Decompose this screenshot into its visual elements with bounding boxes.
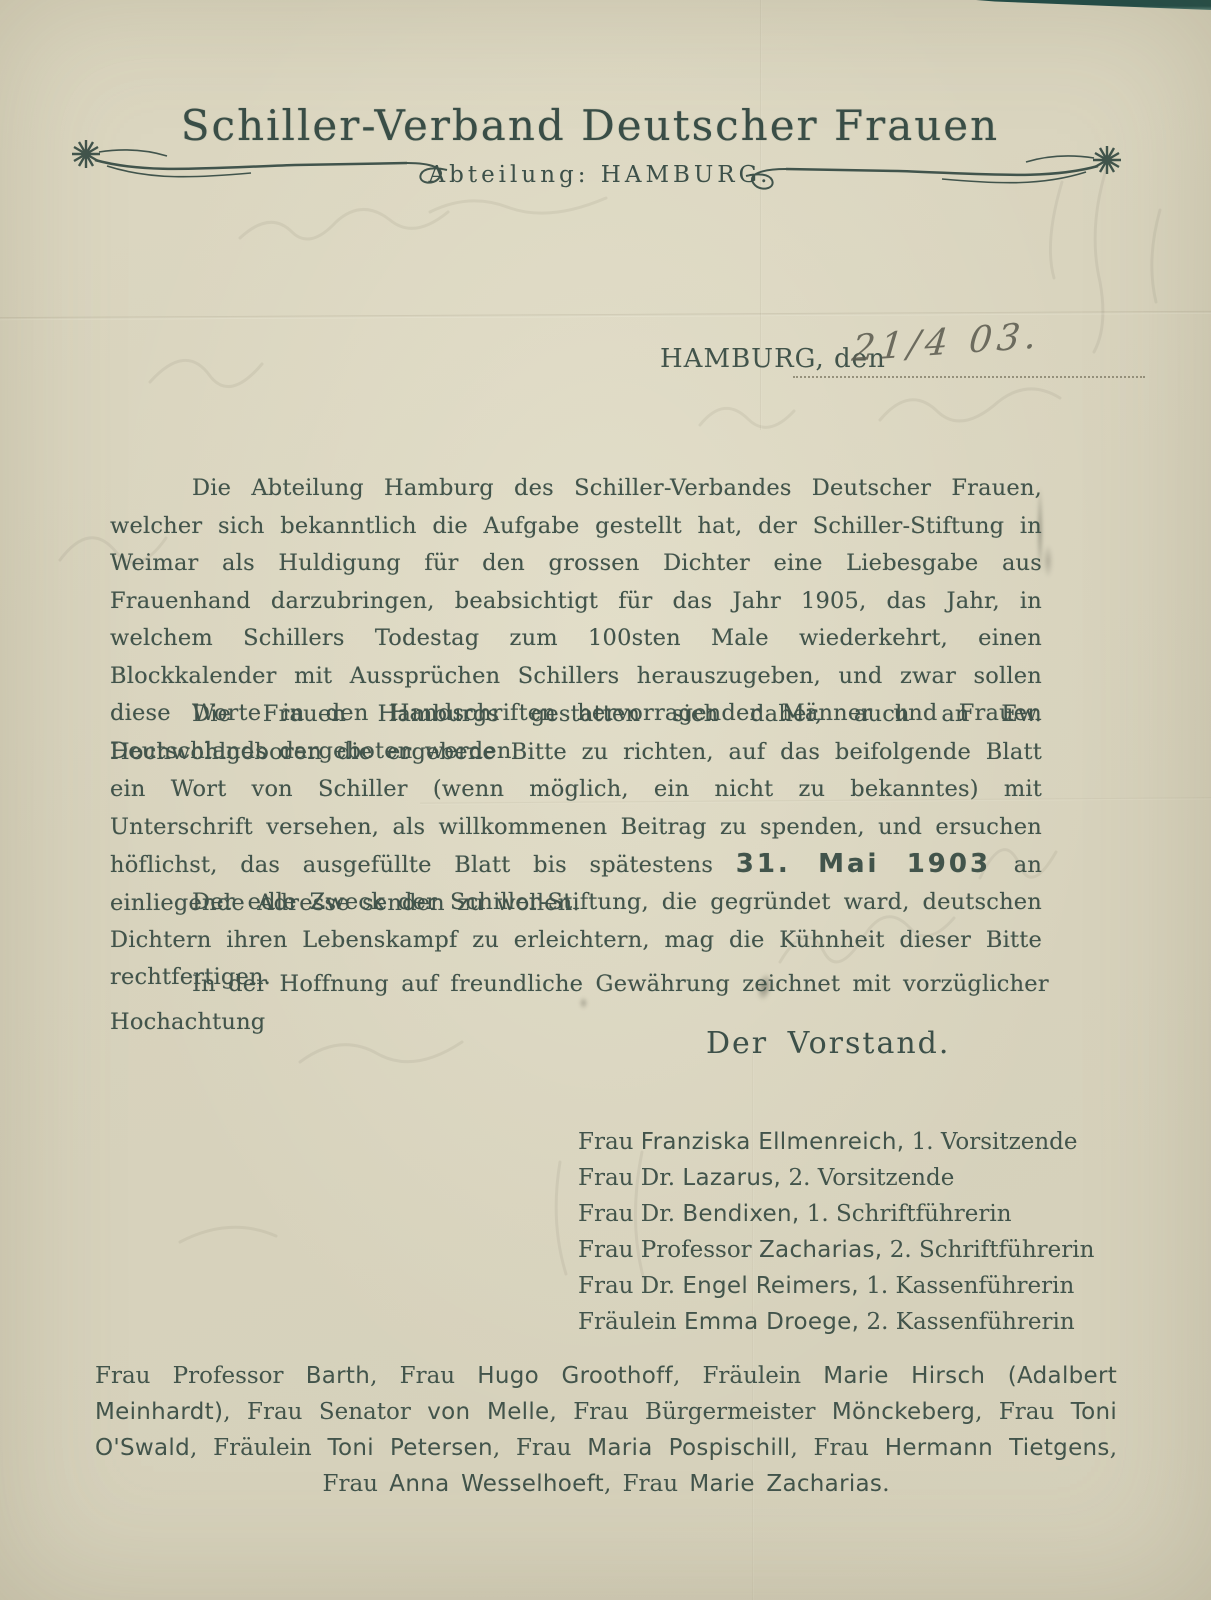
member-name: Hugo Groothoff [477, 1363, 673, 1389]
member-title: Frau [400, 1363, 455, 1389]
member-name: Maria Pospischill [587, 1435, 790, 1461]
list-item: Frau Professor Zacharias, 2. Schriftführ… [578, 1232, 1094, 1268]
member-name: von Melle [427, 1399, 549, 1425]
member-name: Mönckeberg [832, 1399, 975, 1425]
member-role: 2. Kassenführerin [867, 1309, 1075, 1335]
vorstand-heading: Der Vorstand. [706, 1026, 950, 1061]
member-role: 2. Vorsitzende [788, 1165, 954, 1191]
separator: , [1110, 1435, 1117, 1461]
separator: , [790, 1435, 797, 1461]
scanned-letter-page: Schiller-Verband Deutscher Frauen Abteil… [0, 0, 1211, 1600]
member-name: Emma Droege, [684, 1309, 859, 1335]
member-title: Frau [578, 1129, 633, 1155]
letterhead-title: Schiller-Verband Deutscher Frauen [0, 101, 1180, 150]
member-title: Fräulein [578, 1309, 677, 1335]
list-item: Frau Dr. Bendixen, 1. Schriftführerin [578, 1196, 1094, 1232]
member-name: Barth [306, 1363, 370, 1389]
separator: , [370, 1363, 377, 1389]
member-title: Frau Dr. [578, 1165, 675, 1191]
separator: . [882, 1471, 889, 1497]
list-item: Frau Dr. Engel Reimers, 1. Kassenführeri… [578, 1268, 1094, 1304]
separator: , [190, 1435, 197, 1461]
member-title: Frau Senator [247, 1399, 411, 1425]
letterhead-subtitle: Abteilung: HAMBURG. [0, 162, 1200, 188]
member-role: 1. Vorsitzende [912, 1129, 1078, 1155]
member-name: Franziska Ellmenreich, [641, 1129, 905, 1155]
member-role: 1. Schriftführerin [807, 1201, 1012, 1227]
separator: , [549, 1399, 556, 1425]
member-title: Fräulein [213, 1435, 312, 1461]
list-item: Frau Dr. Lazarus, 2. Vorsitzende [578, 1160, 1094, 1196]
member-name: Hermann Tietgens [885, 1435, 1110, 1461]
member-title: Frau Dr. [578, 1273, 675, 1299]
separator: , [604, 1471, 611, 1497]
member-name: Zacharias, [759, 1237, 882, 1263]
member-name: Bendixen, [682, 1201, 799, 1227]
separator: , [493, 1435, 500, 1461]
member-title: Frau [623, 1471, 678, 1497]
member-name: Toni Petersen [328, 1435, 493, 1461]
member-name: Marie Zacharias [689, 1471, 882, 1497]
separator: , [223, 1399, 230, 1425]
paragraph-closing: In der Hoffnung auf freundliche Gewährun… [110, 966, 1100, 1041]
member-name: Anna Wesselhoeft [389, 1471, 604, 1497]
member-name: Engel Reimers, [682, 1273, 859, 1299]
member-title: Frau [322, 1471, 377, 1497]
member-title: Frau Bürgermeister [573, 1399, 815, 1425]
separator: , [673, 1363, 680, 1389]
member-title: Frau [516, 1435, 571, 1461]
member-title: Frau [814, 1435, 869, 1461]
member-role: 1. Kassenführerin [866, 1273, 1074, 1299]
vorstand-member-list: Frau Franziska Ellmenreich, 1. Vorsitzen… [578, 1124, 1094, 1340]
list-item: Fräulein Emma Droege, 2. Kassenführerin [578, 1304, 1094, 1340]
committee-member-list: Frau Professor Barth, Frau Hugo Groothof… [95, 1358, 1117, 1502]
deadline-date: 31. Mai 1903 [736, 849, 991, 879]
member-title: Frau Professor [95, 1363, 284, 1389]
member-title: Frau Professor [578, 1237, 752, 1263]
ink-smudge [1043, 545, 1053, 577]
separator: , [975, 1399, 982, 1425]
list-item: Frau Franziska Ellmenreich, 1. Vorsitzen… [578, 1124, 1094, 1160]
scan-background-edge [976, 0, 1211, 10]
member-name: Lazarus, [682, 1165, 781, 1191]
member-title: Frau [999, 1399, 1054, 1425]
member-role: 2. Schriftführerin [890, 1237, 1095, 1263]
member-title: Frau Dr. [578, 1201, 675, 1227]
member-title: Fräulein [702, 1363, 801, 1389]
